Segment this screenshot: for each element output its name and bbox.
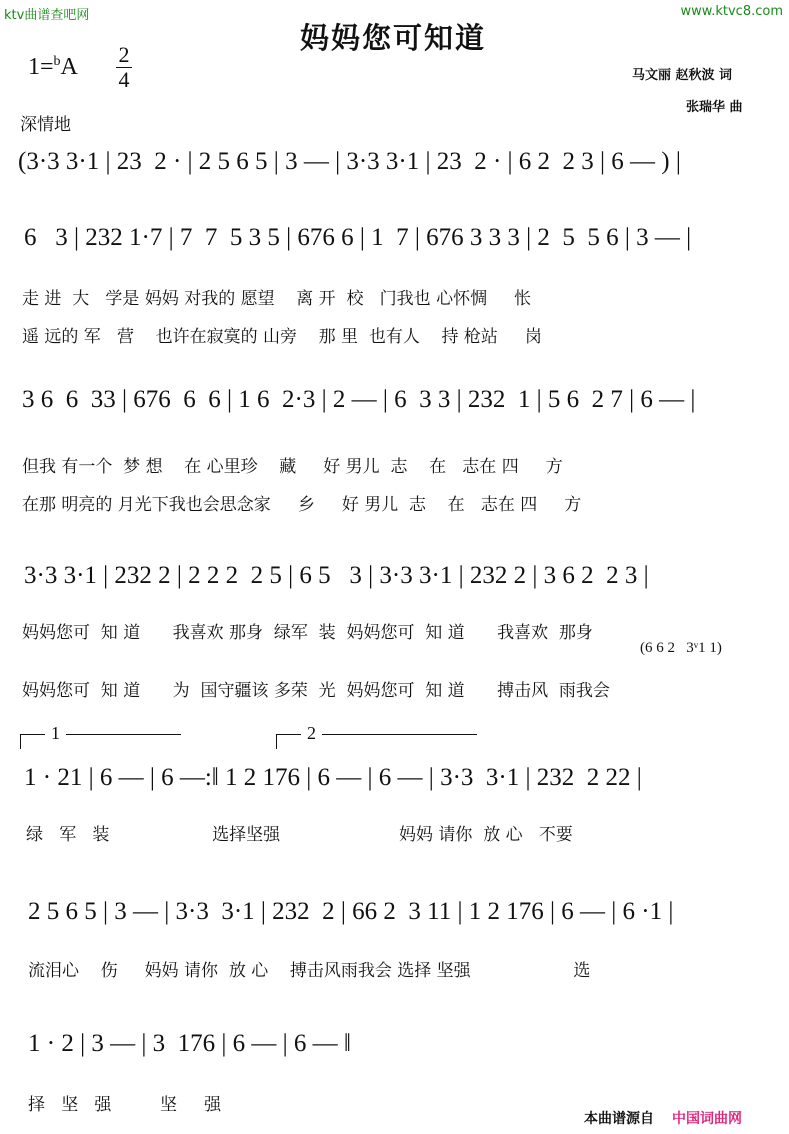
score-line-5-lyrics: 绿 军 装 选择坚强 妈妈 请你 放 心 不要 <box>26 820 573 845</box>
score-line-7-lyrics: 择 坚 强 坚 强 <box>28 1090 221 1115</box>
source-label: 本曲谱源自 <box>584 1111 654 1127</box>
song-title: 妈妈您可知道 <box>300 16 486 57</box>
source-site: 中国词曲网 <box>672 1111 742 1127</box>
score-line-2-lyrics-verse1: 走 进 大 学是 妈妈 对我的 愿望 离 开 校 门我也 心怀惆 怅 <box>22 284 531 309</box>
score-line-4-lyrics-verse2: 妈妈您可 知 道 为 国守疆该 多荣 光 妈妈您可 知 道 搏击风 雨我会 <box>22 676 610 701</box>
time-sig-top: 2 <box>116 44 132 66</box>
volta-bracket-2: 2 <box>276 734 477 749</box>
score-line-4-notes: 3·3 3·1 | 232 2 | 2 2 2 2 5 | 6 5 3 | 3·… <box>24 562 649 590</box>
score-line-2-notes: 6 3 | 232 1·7 | 7 7 5 3 5 | 676 6 | 1 7 … <box>24 224 691 252</box>
score-line-3-lyrics-verse2: 在那 明亮的 月光下我也会思念家 乡 好 男儿 志 在 志在 四 方 <box>22 490 581 515</box>
volta-number-2: 2 <box>301 723 322 744</box>
score-line-5-notes: 1 · 21 | 6 — | 6 —:‖ 1 2 176 | 6 — | 6 —… <box>24 764 642 792</box>
score-line-2-lyrics-verse2: 遥 远的 军 营 也许在寂寞的 山旁 那 里 也有人 持 枪站 岗 <box>22 322 542 347</box>
volta-bracket-1: 1 <box>20 734 181 749</box>
score-line-3-notes: 3 6 6 33 | 676 6 6 | 1 6 2·3 | 2 — | 6 3… <box>22 386 695 414</box>
score-line-7-notes: 1 · 2 | 3 — | 3 176 | 6 — | 6 — ‖ <box>28 1030 351 1058</box>
composer-credit: 张瑞华 曲 <box>686 96 743 115</box>
score-line-6-lyrics: 流泪心 伤 妈妈 请你 放 心 搏击风雨我会 选择 坚强 选 <box>28 956 590 981</box>
score-line-4-alt-notes: (6 6 2 3ᵛ1 1) <box>640 640 722 657</box>
tempo-marking: 深情地 <box>20 110 71 135</box>
lyricist-credit: 马文丽 赵秋波 词 <box>632 64 732 83</box>
key-signature: 1=bA <box>28 54 78 81</box>
score-line-6-notes: 2 5 6 5 | 3 — | 3·3 3·1 | 232 2 | 66 2 3… <box>28 898 673 926</box>
time-signature: 2 4 <box>116 44 132 91</box>
flat-sign: b <box>54 54 61 69</box>
source-footer: 本曲谱源自 中国词曲网 <box>584 1108 742 1128</box>
volta-number-1: 1 <box>45 723 66 744</box>
watermark-right: www.ktvc8.com <box>681 4 783 19</box>
score-line-4-lyrics-verse1: 妈妈您可 知 道 我喜欢 那身 绿军 装 妈妈您可 知 道 我喜欢 那身 <box>22 618 593 643</box>
score-line-3-lyrics-verse1: 但我 有一个 梦 想 在 心里珍 藏 好 男儿 志 在 志在 四 方 <box>22 452 563 477</box>
score-line-1-notes: (3·3 3·1 | 23 2 · | 2 5 6 5 | 3 — | 3·3 … <box>18 148 681 176</box>
key-note: A <box>61 54 78 80</box>
time-sig-bottom: 4 <box>116 69 132 91</box>
watermark-left: ktv曲谱查吧网 <box>4 4 89 23</box>
key-prefix: 1= <box>28 54 54 80</box>
